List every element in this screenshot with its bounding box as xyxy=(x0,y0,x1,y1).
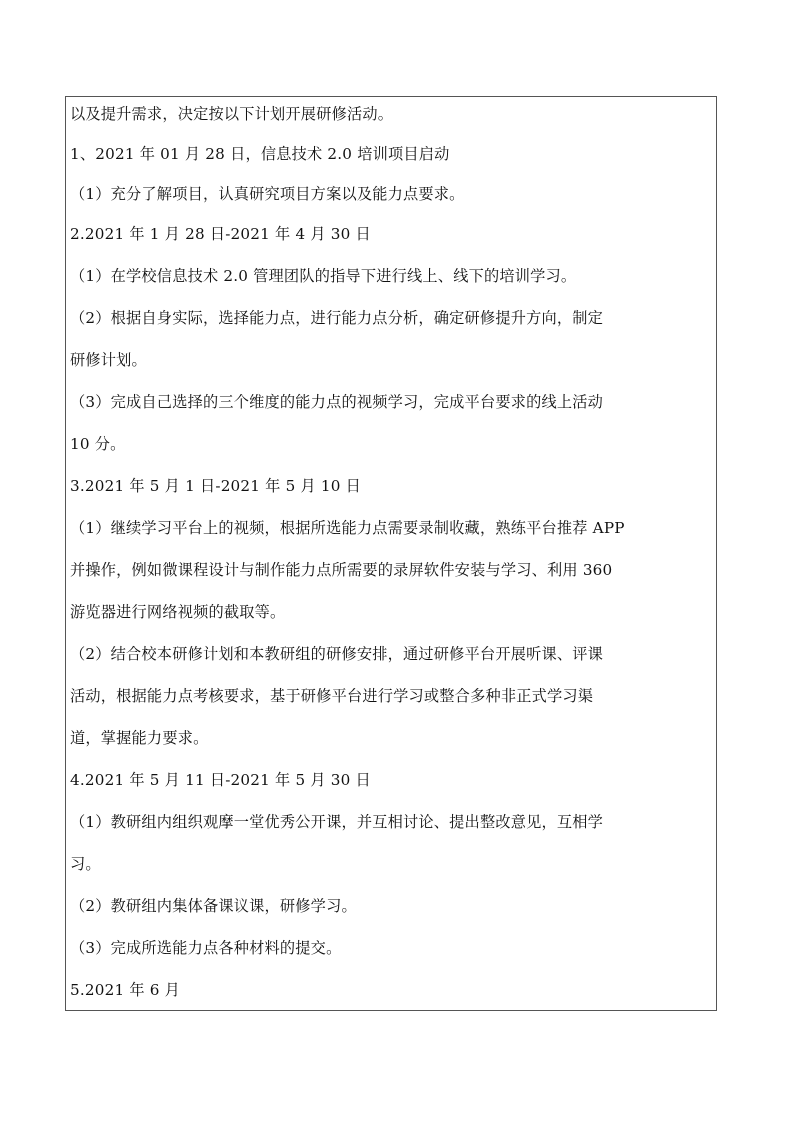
text-line: （3）完成所选能力点各种材料的提交。 xyxy=(70,938,341,958)
text-line: （2）教研组内集体备课议课，研修学习。 xyxy=(70,896,357,916)
text-line: （1）充分了解项目，认真研究项目方案以及能力点要求。 xyxy=(70,184,465,204)
text-line: 4.2021 年 5 月 11 日-2021 年 5 月 30 日 xyxy=(70,770,371,790)
text-line: 并操作，例如微课程设计与制作能力点所需要的录屏软件安装与学习、利用 360 xyxy=(70,560,612,580)
text-line: 5.2021 年 6 月 xyxy=(70,980,180,1000)
text-line: 研修计划。 xyxy=(70,350,147,370)
text-line: 习。 xyxy=(70,854,101,874)
text-line: 3.2021 年 5 月 1 日-2021 年 5 月 10 日 xyxy=(70,476,361,496)
text-line: 道，掌握能力要求。 xyxy=(70,728,209,748)
text-line: 10 分。 xyxy=(70,434,126,454)
text-line: 游览器进行网络视频的截取等。 xyxy=(70,602,285,622)
text-line: （2）根据自身实际，选择能力点，进行能力点分析，确定研修提升方向，制定 xyxy=(70,308,603,328)
text-line: 2.2021 年 1 月 28 日-2021 年 4 月 30 日 xyxy=(70,224,371,244)
text-line: 以及提升需求，决定按以下计划开展研修活动。 xyxy=(70,104,393,124)
text-line: （3）完成自己选择的三个维度的能力点的视频学习，完成平台要求的线上活动 xyxy=(70,392,603,412)
text-line: 活动，根据能力点考核要求，基于研修平台进行学习或整合多种非正式学习渠 xyxy=(70,686,593,706)
document-table-cell: 以及提升需求，决定按以下计划开展研修活动。1、2021 年 01 月 28 日，… xyxy=(65,96,717,1011)
text-line: （2）结合校本研修计划和本教研组的研修安排，通过研修平台开展听课、评课 xyxy=(70,644,603,664)
text-line: （1）教研组内组织观摩一堂优秀公开课，并互相讨论、提出整改意见，互相学 xyxy=(70,812,603,832)
text-line: 1、2021 年 01 月 28 日，信息技术 2.0 培训项目启动 xyxy=(70,144,450,164)
text-line: （1）继续学习平台上的视频，根据所选能力点需要录制收藏，熟练平台推荐 APP xyxy=(70,518,625,538)
text-line: （1）在学校信息技术 2.0 管理团队的指导下进行线上、线下的培训学习。 xyxy=(70,266,576,286)
